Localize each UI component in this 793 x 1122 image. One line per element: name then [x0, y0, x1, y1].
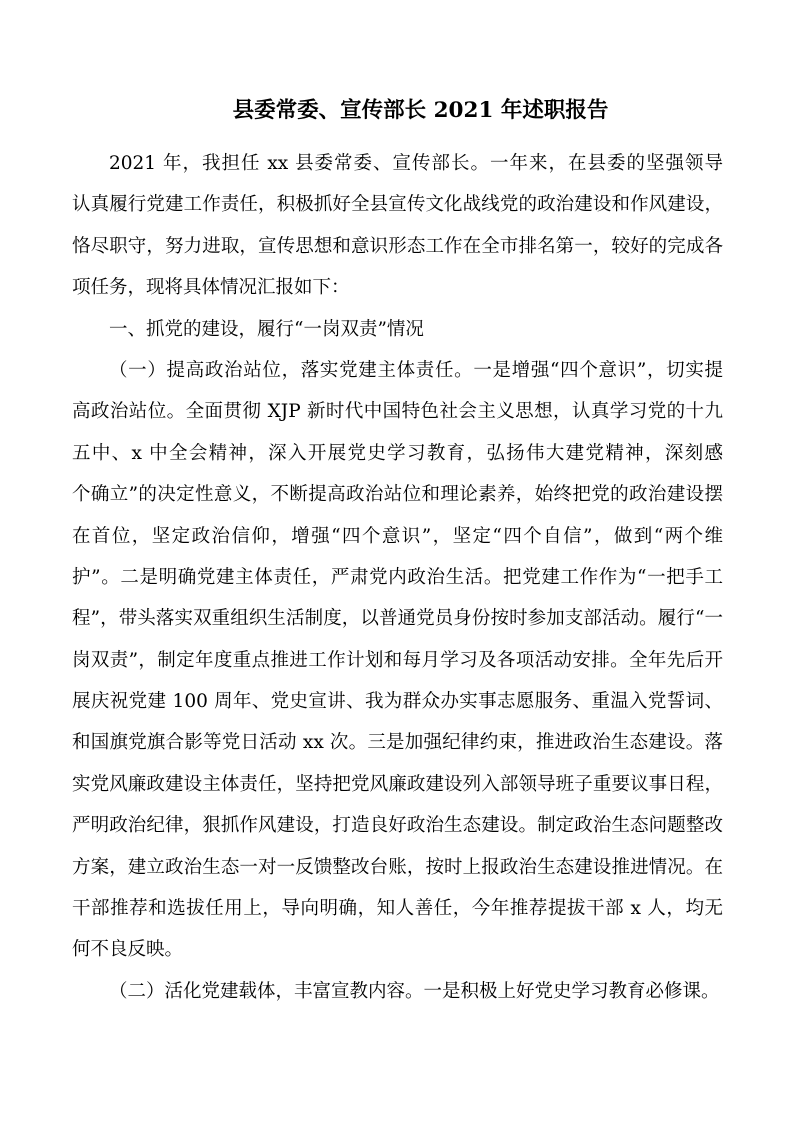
body-line: 项任务，现将具体情况汇报如下：	[72, 267, 723, 308]
body-line: （二）活化党建载体，丰富宣教内容。一是积极上好党史学习教育必修课。	[72, 971, 723, 1012]
body-line: 和国旗党旗合影等党日活动 xx 次。三是加强纪律约束，推进政治生态建设。落	[72, 722, 723, 763]
document-content: 县委常委、宣传部长 2021 年述职报告 2021 年，我担任 xx 县委常委、…	[0, 0, 793, 1012]
body-line: 五中、x 中全会精神，深入开展党史学习教育，弘扬伟大建党精神，深刻感悟“两	[72, 433, 723, 474]
section-heading: 一、抓党的建设，履行“一岗双责”情况	[72, 309, 723, 350]
body-line: 展庆祝党建 100 周年、党史宣讲、我为群众办实事志愿服务、重温入党誓词、我	[72, 681, 723, 722]
body-line: 岗双责”，制定年度重点推进工作计划和每月学习及各项活动安排。全年先后开	[72, 640, 723, 681]
body-line: 严明政治纪律，狠抓作风建设，打造良好政治生态建设。制定政治生态问题整改	[72, 805, 723, 846]
body-line: 干部推荐和选拔任用上，导向明确，知人善任，今年推荐提拔干部 x 人，均无任	[72, 888, 723, 929]
body-line: 实党风廉政建设主体责任，坚持把党风廉政建设列入部领导班子重要议事日程，	[72, 764, 723, 805]
body-line: 何不良反映。	[72, 929, 723, 970]
body-line: 恪尽职守，努力进取，宣传思想和意识形态工作在全市排名第一，较好的完成各	[72, 226, 723, 267]
body-line: 2021 年，我担任 xx 县委常委、宣传部长。一年来，在县委的坚强领导下，	[72, 143, 723, 184]
body-line: 高政治站位。全面贯彻 XJP 新时代中国特色社会主义思想，认真学习党的十九届	[72, 391, 723, 432]
body-line: 在首位，坚定政治信仰，增强“四个意识”，坚定“四个自信”，做到“两个维	[72, 516, 723, 557]
body-line: 认真履行党建工作责任，积极抓好全县宣传文化战线党的政治建设和作风建设，	[72, 184, 723, 225]
document-page: 县委常委、宣传部长 2021 年述职报告 2021 年，我担任 xx 县委常委、…	[0, 0, 793, 1122]
body-line: （一）提高政治站位，落实党建主体责任。一是增强“四个意识”，切实提	[72, 350, 723, 391]
body-line: 方案，建立政治生态一对一反馈整改台账，按时上报政治生态建设推进情况。在	[72, 847, 723, 888]
document-body: 2021 年，我担任 xx 县委常委、宣传部长。一年来，在县委的坚强领导下， 认…	[72, 143, 723, 1012]
body-line: 程”，带头落实双重组织生活制度，以普通党员身份按时参加支部活动。履行“一	[72, 598, 723, 639]
body-line: 护”。二是明确党建主体责任，严肃党内政治生活。把党建工作作为“一把手工	[72, 557, 723, 598]
document-title: 县委常委、宣传部长 2021 年述职报告	[72, 95, 723, 127]
body-line: 个确立”的决定性意义，不断提高政治站位和理论素养，始终把党的政治建设摆	[72, 474, 723, 515]
